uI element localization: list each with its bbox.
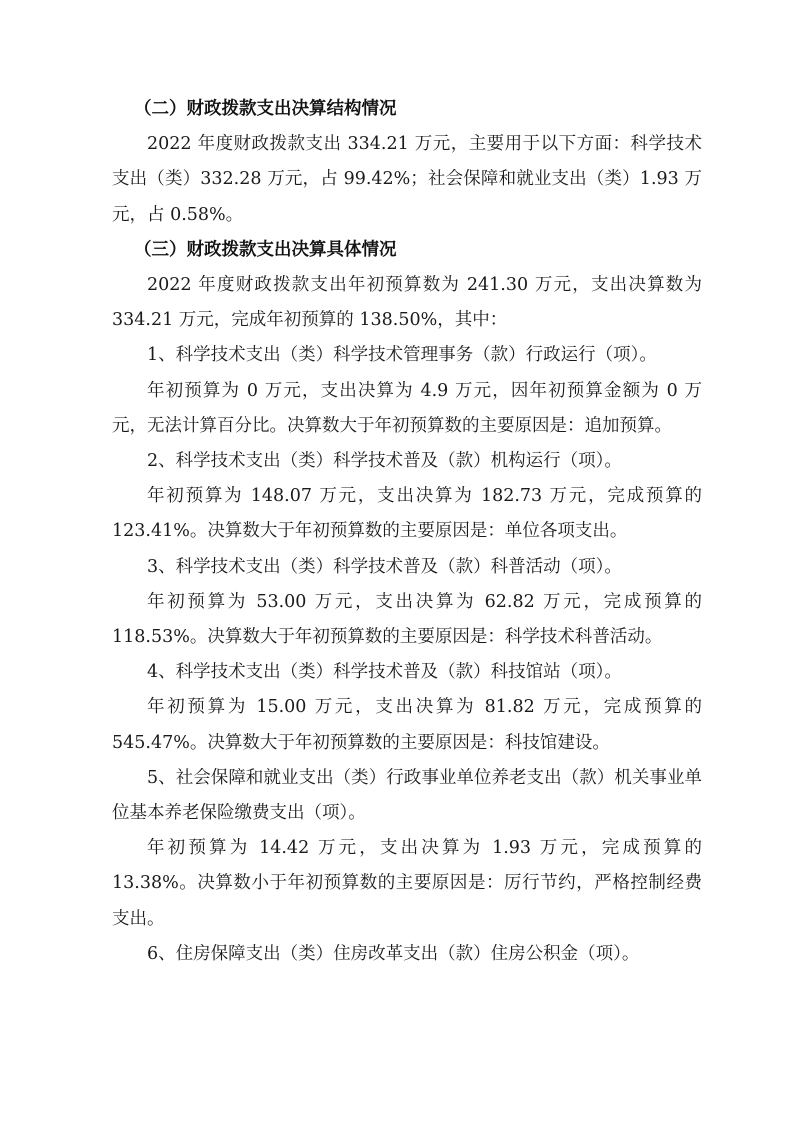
item-detail: 年初预算为 148.07 万元，支出决算为 182.73 万元，完成预算的 12… (112, 479, 702, 549)
structure-paragraph: 2022 年度财政拨款支出 334.21 万元，主要用于以下方面：科学技术支出（… (112, 127, 702, 233)
section-heading-details: （三）财政拨款支出决算具体情况 (112, 233, 702, 268)
item-title: 4、科学技术支出（类）科学技术普及（款）科技馆站（项）。 (112, 655, 702, 690)
item-title: 1、科学技术支出（类）科学技术管理事务（款）行政运行（项）。 (112, 338, 702, 373)
item-detail: 年初预算为 15.00 万元，支出决算为 81.82 万元，完成预算的 545.… (112, 690, 702, 760)
item-detail: 年初预算为 0 万元，支出决算为 4.9 万元，因年初预算金额为 0 万元，无法… (112, 374, 702, 444)
item-title: 3、科学技术支出（类）科学技术普及（款）科普活动（项）。 (112, 550, 702, 585)
details-intro: 2022 年度财政拨款支出年初预算数为 241.30 万元，支出决算数为 334… (112, 268, 702, 338)
item-detail: 年初预算为 14.42 万元，支出决算为 1.93 万元，完成预算的 13.38… (112, 831, 702, 937)
section-heading-structure: （二）财政拨款支出决算结构情况 (112, 92, 702, 127)
document-page: （二）财政拨款支出决算结构情况 2022 年度财政拨款支出 334.21 万元，… (112, 92, 702, 972)
item-title: 2、科学技术支出（类）科学技术普及（款）机构运行（项）。 (112, 444, 702, 479)
item-detail: 年初预算为 53.00 万元，支出决算为 62.82 万元，完成预算的 118.… (112, 585, 702, 655)
item-title: 6、住房保障支出（类）住房改革支出（款）住房公积金（项）。 (112, 937, 702, 972)
item-title: 5、社会保障和就业支出（类）行政事业单位养老支出（款）机关事业单位基本养老保险缴… (112, 761, 702, 831)
